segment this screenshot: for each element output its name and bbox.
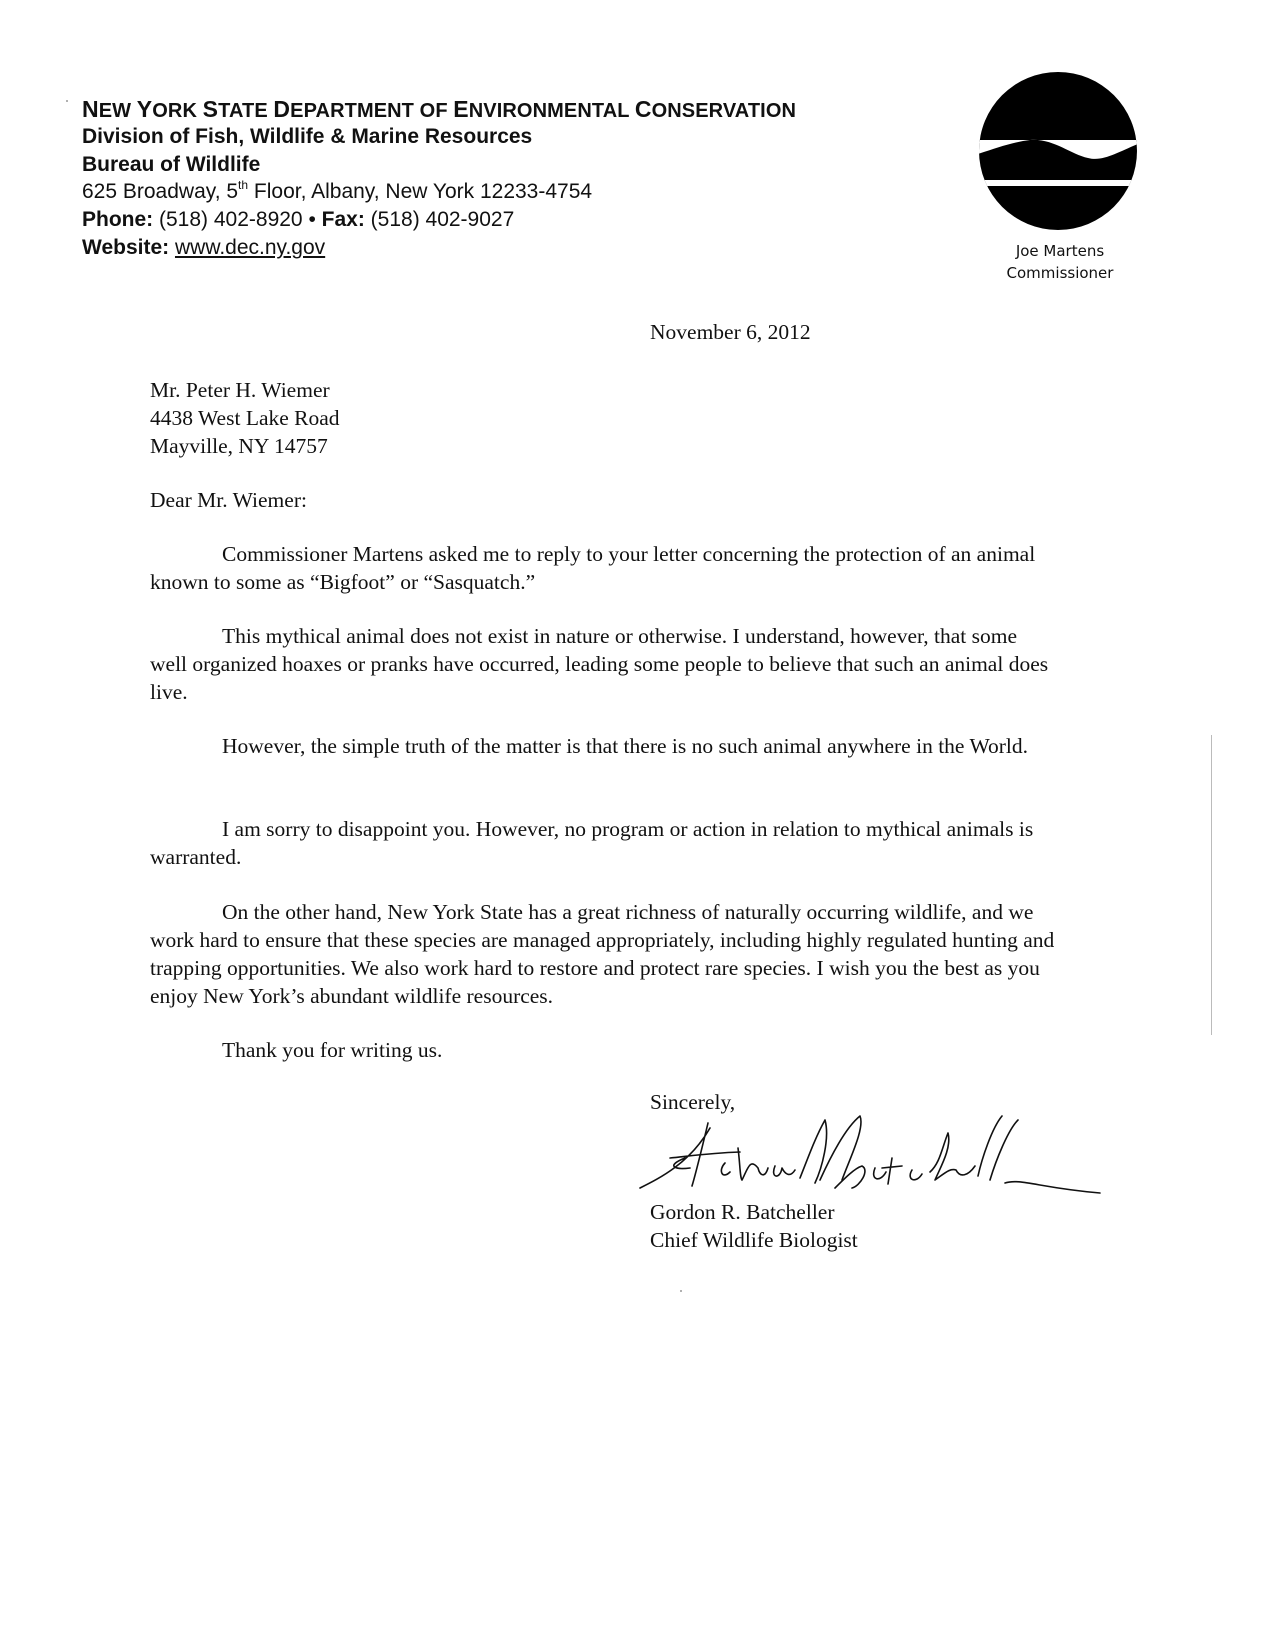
commissioner-name: Joe Martens	[990, 240, 1130, 262]
recipient-name: Mr. Peter H. Wiemer	[150, 376, 330, 404]
contact-phone-fax: Phone: (518) 402-8920 • Fax: (518) 402-9…	[82, 208, 514, 232]
body-paragraph: However, the simple truth of the matter …	[150, 732, 1055, 760]
letter-date: November 6, 2012	[650, 320, 811, 345]
body-paragraph: Thank you for writing us.	[150, 1036, 1055, 1064]
agency-name: NEW YORK STATE DEPARTMENT OF ENVIRONMENT…	[82, 96, 796, 123]
scan-artifact-line	[1211, 735, 1212, 1035]
nys-dec-logo-icon	[978, 72, 1138, 230]
body-paragraph: I am sorry to disappoint you. However, n…	[150, 815, 1055, 871]
salutation: Dear Mr. Wiemer:	[150, 488, 307, 513]
body-paragraph: On the other hand, New York State has a …	[150, 898, 1055, 1010]
recipient-street: 4438 West Lake Road	[150, 404, 340, 432]
recipient-city: Mayville, NY 14757	[150, 432, 328, 460]
scan-speck	[680, 1290, 682, 1292]
signer-name: Gordon R. Batcheller	[650, 1200, 835, 1225]
agency-address: 625 Broadway, 5th Floor, Albany, New Yor…	[82, 180, 592, 204]
letter-page: NEW YORK STATE DEPARTMENT OF ENVIRONMENT…	[0, 0, 1275, 1650]
body-paragraph: Commissioner Martens asked me to reply t…	[150, 540, 1055, 596]
signer-title: Chief Wildlife Biologist	[650, 1228, 858, 1253]
contact-website: Website: www.dec.ny.gov	[82, 236, 325, 260]
website-link[interactable]: www.dec.ny.gov	[175, 236, 325, 259]
bureau-name: Bureau of Wildlife	[82, 153, 260, 177]
commissioner-title: Commissioner	[990, 262, 1130, 284]
scan-speck	[66, 100, 68, 102]
division-name: Division of Fish, Wildlife & Marine Reso…	[82, 125, 532, 149]
commissioner-block: Joe Martens Commissioner	[990, 240, 1130, 284]
body-paragraph: This mythical animal does not exist in n…	[150, 622, 1055, 706]
handwritten-signature-icon	[630, 1108, 1110, 1203]
